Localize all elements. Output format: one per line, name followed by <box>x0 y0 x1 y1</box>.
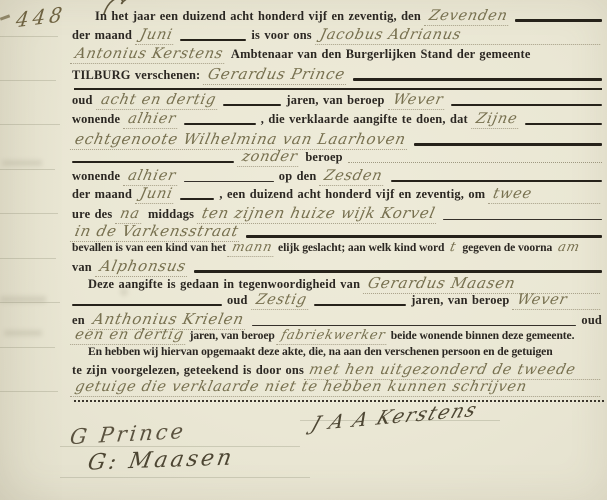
printed-residence-label-2: wonende <box>72 169 120 184</box>
margin-ruled-line <box>0 169 55 170</box>
margin-ruled-line <box>0 80 56 81</box>
form-line: der maand Juni is voor ons Jacobus Adria… <box>72 27 602 45</box>
printed-month-label-2: der maand <box>72 187 132 202</box>
hw-declarant-age: acht en dertig <box>96 92 221 110</box>
printed-beroep-label: beroep <box>305 150 342 165</box>
hw-witness2-profession: fabriekwerker <box>276 328 390 345</box>
printed-age-label: oud <box>72 93 93 108</box>
strike-rule <box>180 39 246 41</box>
hw-witness1-name: Gerardus Maasen <box>363 274 604 294</box>
hw-birth-day: Zesden <box>320 168 388 186</box>
hw-witness1-age: Zestig <box>251 292 311 310</box>
hw-child-gender: mann <box>227 240 277 257</box>
margin-ruled-line <box>0 391 58 392</box>
printed-van-label: van <box>72 260 92 275</box>
printed-profession-label-w1: jaren, van beroep <box>411 293 509 308</box>
form-line: oud acht en dertig jaren, van beroep Wev… <box>72 92 602 110</box>
margin-ruled-line <box>0 124 60 125</box>
birth-certificate-page: 448 In het jaar een duizend acht honderd… <box>0 0 607 500</box>
printed-on-day-label: op den <box>279 169 317 184</box>
strike-rule <box>525 123 602 125</box>
printed-oud-label-w2: oud <box>581 313 602 328</box>
form-line: getuige die verklaarde niet te hebben ku… <box>72 379 602 397</box>
printed-municipality: TILBURG verschenen: <box>72 68 200 83</box>
hw-birth-street: in de Varkensstraat <box>70 222 244 242</box>
hw-closing-note-2: getuige die verklaarde niet te hebben ku… <box>70 379 604 397</box>
hw-birth-location: ten zijnen huize wijk Korvel <box>197 204 440 224</box>
hw-declarant-residence: alhier <box>123 111 180 129</box>
hw-birth-month: Juni <box>135 186 177 204</box>
form-line: wonende alhier op den Zesden <box>72 168 602 186</box>
form-line: Deze aangifte is gedaan in tegenwoordigh… <box>88 274 602 294</box>
form-line: een en dertig jaren, van beroep fabriekw… <box>72 327 606 345</box>
hw-spouse-name: echtgenoote Wilhelmina van Laarhoven <box>70 130 411 150</box>
printed-witnesses-closing: beide wonende binnen deze gemeente. <box>391 329 575 342</box>
strike-rule <box>353 78 602 81</box>
printed-closing-2: te zijn voorgelezen, geteekend is door o… <box>72 363 304 378</box>
hw-spouse-residence: alhier <box>123 168 180 186</box>
form-line: En hebben wij hiervan opgemaakt deze akt… <box>88 345 606 358</box>
form-line: In het jaar een duizend acht honderd vij… <box>95 8 602 26</box>
form-line: echtgenoote Wilhelmina van Laarhoven <box>72 130 602 150</box>
hw-official-name-2: Antonius Kerstens <box>70 46 228 64</box>
hw-declarant-profession: Wever <box>388 92 448 110</box>
strike-rule <box>391 180 602 182</box>
form-line: ure des na middags ten zijnen huize wijk… <box>72 204 602 224</box>
form-line: bevallen is van een kind van het mann el… <box>72 240 606 257</box>
printed-profession-label: jaren, van beroep <box>286 93 384 108</box>
printed-closing-1: En hebben wij hiervan opgemaakt deze akt… <box>88 345 553 358</box>
hw-witness2-age: een en dertig <box>70 327 188 345</box>
printed-child-text-3: gegeven de voorna <box>462 241 552 254</box>
form-line: oud Zestig jaren, van beroep Wever <box>72 292 602 310</box>
hw-t-suffix: t <box>446 240 461 256</box>
printed-declaration-text: , die verklaarde aangifte te doen, dat <box>261 112 468 127</box>
margin-ruled-line <box>0 347 55 348</box>
form-line: Antonius Kerstens Ambtenaar van den Burg… <box>72 46 602 64</box>
strike-rule <box>184 181 274 182</box>
dotted-blank <box>348 162 602 163</box>
strike-rule <box>223 104 281 106</box>
hw-that-whose: Zijne <box>471 111 522 129</box>
hw-spouse-profession: zonder <box>237 149 302 167</box>
strike-rule <box>194 270 602 273</box>
strike-rule <box>414 143 602 146</box>
signature-witness: G: Maasen <box>86 445 237 475</box>
strike-rule <box>72 161 234 163</box>
hw-day-of-month: Zevenden <box>424 8 512 26</box>
hw-witness1-profession: Wever <box>513 292 604 310</box>
strike-rule <box>252 325 577 326</box>
printed-hour-label: ure des <box>72 207 112 222</box>
form-line: wonende alhier , die verklaarde aangifte… <box>72 111 602 129</box>
printed-profession-label-w2: jaren, van beroep <box>190 329 275 342</box>
margin-ruled-line <box>0 213 58 214</box>
form-line: TILBURG verschenen: Gerardus Prince <box>72 65 602 85</box>
printed-child-text-2: elijk geslacht; aan welk kind word <box>278 241 444 254</box>
hw-closing-note-1: met hen uitgezonderd de tweede <box>304 362 604 380</box>
hw-birth-hour: twee <box>488 186 604 204</box>
ink-bleed-smudge <box>0 296 46 303</box>
printed-year-text: In het jaar een duizend acht honderd vij… <box>95 9 421 24</box>
left-margin <box>0 0 62 500</box>
signature-divider-dotted-rule <box>74 400 604 402</box>
printed-before-official: is voor ons <box>251 28 311 43</box>
strike-rule <box>246 235 602 238</box>
signature-declarant: G Prince <box>69 419 188 449</box>
strike-rule <box>180 198 214 200</box>
signature-guide-line <box>60 477 310 478</box>
printed-middags: middags <box>148 207 194 222</box>
ink-bleed-smudge <box>2 160 42 166</box>
printed-official-title: Ambtenaar van den Burgerlijken Stand der… <box>231 47 531 62</box>
ink-bleed-smudge <box>4 330 42 336</box>
margin-ruled-line <box>0 36 58 37</box>
signature-official: J A A Kerstens <box>308 398 481 435</box>
margin-ruled-line <box>0 258 56 259</box>
section-rule <box>74 88 602 90</box>
printed-child-text-1: bevallen is van een kind van het <box>72 241 226 254</box>
printed-en-label: en <box>72 313 85 328</box>
strike-rule <box>515 19 602 22</box>
form-line: der maand Juni , een duizend acht honder… <box>72 186 602 204</box>
printed-age-label-w1: oud <box>227 293 248 308</box>
printed-residence-label: wonende <box>72 112 120 127</box>
form-line: in de Varkensstraat <box>72 222 602 242</box>
printed-witnesses-intro: Deze aangifte is gedaan in tegenwoordigh… <box>88 277 360 292</box>
printed-year-text-2: , een duizend acht honderd vijf en zeven… <box>219 187 485 202</box>
strike-rule <box>72 304 222 306</box>
hw-am-suffix: am <box>553 240 584 256</box>
printed-month-label: der maand <box>72 28 132 43</box>
hw-official-name-1: Jacobus Adrianus <box>315 27 604 45</box>
strike-rule <box>314 304 406 306</box>
form-line: zonder beroep <box>72 149 602 167</box>
hw-month: Juni <box>135 27 177 45</box>
strike-rule <box>451 104 602 106</box>
strike-rule <box>443 219 602 220</box>
strike-rule <box>184 123 256 125</box>
hw-declarant-name: Gerardus Prince <box>203 65 350 85</box>
form-line: te zijn voorgelezen, geteekend is door o… <box>72 362 602 380</box>
